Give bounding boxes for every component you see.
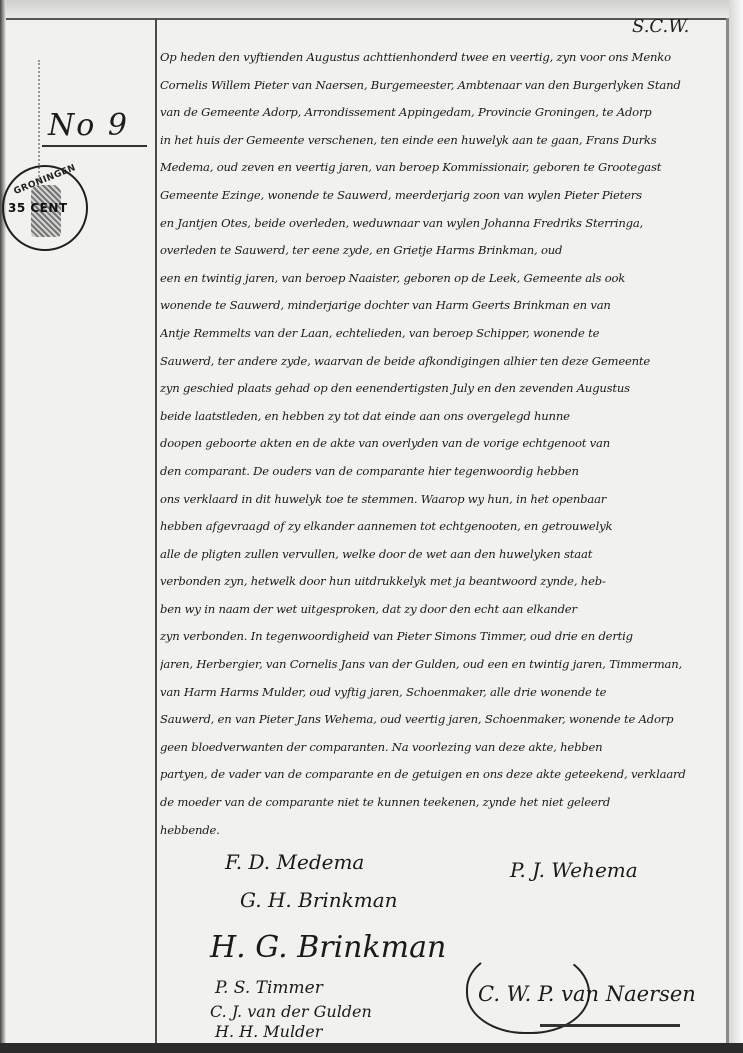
body-line: zyn verbonden. In tegenwoordigheid van P… <box>160 623 722 651</box>
body-line: ben wy in naam der wet uitgesproken, dat… <box>160 596 722 624</box>
page-bottom-edge <box>0 1043 743 1053</box>
groningen-stamp-icon: GRONINGEN 35 CENT <box>2 165 88 251</box>
body-line: alle de pligten zullen vervullen, welke … <box>160 541 722 569</box>
signature-underline <box>540 1024 680 1027</box>
signature-van-der-gulden: C. J. van der Gulden <box>210 1002 372 1021</box>
body-line: jaren, Herbergier, van Cornelis Jans van… <box>160 651 722 679</box>
body-line: Antje Remmelts van der Laan, echtelieden… <box>160 320 722 348</box>
body-line: van Harm Harms Mulder, oud vyftig jaren,… <box>160 679 722 707</box>
body-line: verbonden zyn, hetwelk door hun uitdrukk… <box>160 568 722 596</box>
body-line: den comparant. De ouders van de comparan… <box>160 458 722 486</box>
body-line: Medema, oud zeven en veertig jaren, van … <box>160 154 722 182</box>
margin-dots <box>38 60 42 180</box>
signature-g-brinkman: G. H. Brinkman <box>240 888 398 912</box>
signature-van-naersen: C. W. P. van Naersen <box>478 982 696 1006</box>
body-line: ons verklaard in dit huwelyk toe te stem… <box>160 486 722 514</box>
page-left-shadow <box>0 0 6 1053</box>
signature-wehema: P. J. Wehema <box>510 858 638 882</box>
body-line: en Jantjen Otes, beide overleden, weduwn… <box>160 210 722 238</box>
body-line: hebben afgevraagd of zy elkander aanneme… <box>160 513 722 541</box>
body-line: hebbende. <box>160 817 722 845</box>
body-line: overleden te Sauwerd, ter eene zyde, en … <box>160 237 722 265</box>
stamp-value: 35 CENT <box>8 201 68 215</box>
body-line: beide laatstleden, en hebben zy tot dat … <box>160 403 722 431</box>
body-line: doopen geboorte akten en de akte van ove… <box>160 430 722 458</box>
page-right-edge <box>729 0 743 1053</box>
signature-h-brinkman: H. G. Brinkman <box>210 930 446 965</box>
body-line: geen bloedverwanten der comparanten. Na … <box>160 734 722 762</box>
entry-number-underline <box>42 145 147 147</box>
body-line: Op heden den vyftienden Augustus achttie… <box>160 44 722 72</box>
body-line: in het huis der Gemeente verschenen, ten… <box>160 127 722 155</box>
body-line: Gemeente Ezinge, wonende te Sauwerd, mee… <box>160 182 722 210</box>
entry-number: No 9 <box>48 108 129 143</box>
body-line: Cornelis Willem Pieter van Naersen, Burg… <box>160 72 722 100</box>
folio-mark: S.C.W. <box>632 16 689 37</box>
signature-mulder: H. H. Mulder <box>215 1022 322 1041</box>
margin-rule <box>155 18 157 1043</box>
signature-timmer: P. S. Timmer <box>215 978 323 998</box>
body-line: een en twintig jaren, van beroep Naaiste… <box>160 265 722 293</box>
body-line: van de Gemeente Adorp, Arrondissement Ap… <box>160 99 722 127</box>
body-line: Sauwerd, en van Pieter Jans Wehema, oud … <box>160 706 722 734</box>
signature-medema: F. D. Medema <box>225 850 364 874</box>
document-page: S.C.W. No 9 GRONINGEN 35 CENT Op heden d… <box>0 0 743 1053</box>
body-line: partyen, de vader van de comparante en d… <box>160 761 722 789</box>
body-line: Sauwerd, ter andere zyde, waarvan de bei… <box>160 348 722 376</box>
body-line: wonende te Sauwerd, minderjarige dochter… <box>160 292 722 320</box>
body-line: zyn geschied plaats gehad op den eenende… <box>160 375 722 403</box>
body-line: de moeder van de comparante niet te kunn… <box>160 789 722 817</box>
record-body: Op heden den vyftienden Augustus achttie… <box>160 44 722 844</box>
